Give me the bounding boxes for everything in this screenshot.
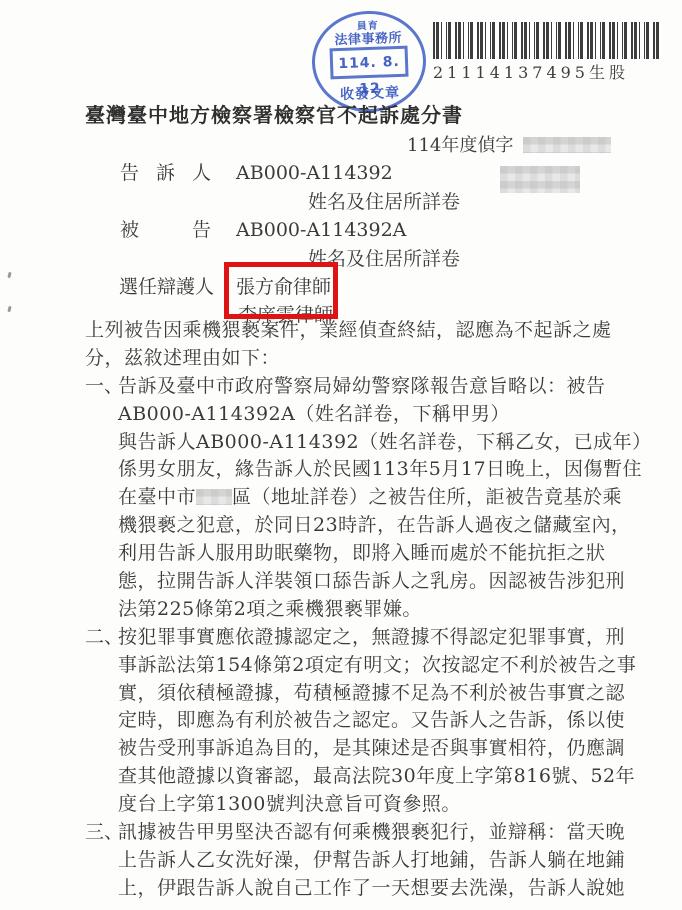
defendant-label: 被告 xyxy=(120,215,211,242)
paragraph-marker: 三、 xyxy=(85,819,118,847)
body-line: AB000-A114392A（姓名詳卷，下稱甲男） xyxy=(85,401,625,429)
body-line: 態，拉開告訴人洋裝領口舔告訴人之乳房。因認被告涉犯刑 xyxy=(85,568,625,596)
document-title: 臺灣臺中地方檢察署檢察官不起訴處分書 xyxy=(85,99,463,128)
body-line: 二、按犯罪事實應依證據認定之，無證據不得認定犯罪事實，刑 xyxy=(85,624,625,652)
case-number-prefix: 114年度偵字 xyxy=(407,135,513,156)
counsel-label: 選任辯護人 xyxy=(119,272,212,299)
body-line: 查其他證據以資審認，最高法院30年度上字第816號、52年 xyxy=(85,763,625,791)
body-line: 上列被告因乘機猥褻案件，業經偵查終結，認應為不起訴之處 xyxy=(85,317,625,345)
body-line: 法第225條第2項之乘機猥褻罪嫌。 xyxy=(85,596,625,624)
body-line: 度台上字第1300號判決意旨可資參照。 xyxy=(85,791,625,819)
redacted-case-number xyxy=(523,137,611,153)
complainant-note: 姓名及住居所詳卷 xyxy=(308,187,460,214)
paragraph-marker: 一、 xyxy=(85,373,118,401)
body-line: 與告訴人AB000-A114392（姓名詳卷，下稱乙女，已成年） xyxy=(85,429,625,457)
body-text: 上列被告因乘機猥褻案件，業經偵查終結，認應為不起訴之處分，茲敘述理由如下：一、告… xyxy=(85,317,625,903)
defendant-row: 被告 AB000-A114392A xyxy=(120,215,406,242)
scan-artifact xyxy=(7,306,11,313)
paragraph-marker: 二、 xyxy=(85,624,118,652)
body-line: 定時，即應為有利於被告之認定。又告訴人之告訴，係以使 xyxy=(85,707,625,735)
body-line: 一、告訴及臺中市政府警察局婦幼警察隊報告意旨略以：被告 xyxy=(85,373,625,401)
body-line: 實，須依積極證據，苟積極證據不足為不利於被告事實之認 xyxy=(85,680,625,708)
body-line: 機猥褻之犯意，於同日23時許，在告訴人過夜之儲藏室內， xyxy=(85,512,625,540)
stamp-date-box: 114. 8. 12 xyxy=(330,46,409,80)
barcode-number: 21114137495生股 xyxy=(433,60,663,83)
scan-artifact xyxy=(7,272,11,279)
body-line: 上告訴人乙女洗好澡，伊幫告訴人打地鋪，告訴人躺在地鋪 xyxy=(85,847,625,875)
scanned-legal-document: { "colors": { "stamp_blue": "#3e5ec4", "… xyxy=(0,0,682,910)
body-line: 在臺中市區（地址詳卷）之被告住所，詎被告竟基於乘 xyxy=(85,484,625,512)
body-line: 被告受刑事訴追為目的，是其陳述是否與事實相符，仍應調 xyxy=(85,735,625,763)
body-line: 利用告訴人服用助眠藥物，即將入睡而處於不能抗拒之狀 xyxy=(85,540,625,568)
body-line: 事訴訟法第154條第2項定有明文；次按認定不利於被告之事 xyxy=(85,652,625,680)
complainant-label: 告訴人 xyxy=(120,158,211,185)
barcode xyxy=(433,22,661,59)
body-line: 上，伊跟告訴人說自己工作了一天想要去洗澡，告訴人說她 xyxy=(85,875,625,903)
body-line: 三、訊據被告甲男堅決否認有何乘機猥褻犯行，並辯稱：當天晚 xyxy=(85,819,625,847)
body-line: 係男女朋友，緣告訴人於民國113年5月17日晚上，因傷暫住 xyxy=(85,456,625,484)
complainant-row: 告訴人 AB000-A114392 xyxy=(120,158,393,185)
redacted-text xyxy=(196,489,232,505)
complainant-id: AB000-A114392 xyxy=(236,162,393,184)
case-number-line: 114年度偵字 xyxy=(407,131,611,157)
defendant-id: AB000-A114392A xyxy=(236,219,406,241)
redacted-complainant-info xyxy=(500,166,580,193)
body-line: 分，茲敘述理由如下： xyxy=(85,345,625,373)
red-highlight-box xyxy=(224,262,338,319)
